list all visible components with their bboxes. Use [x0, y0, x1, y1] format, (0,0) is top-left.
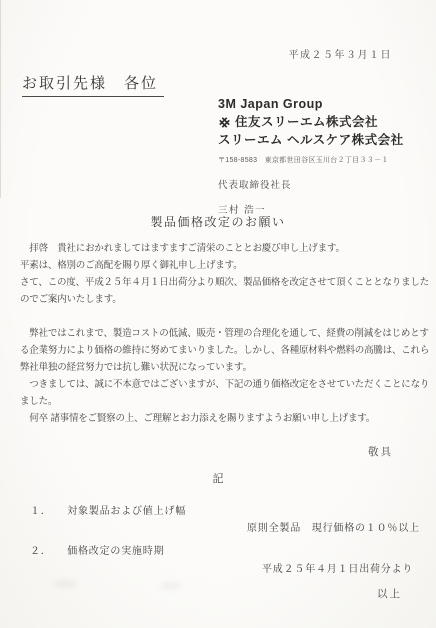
- company-name-1-row: 住友スリーエム株式会社: [218, 113, 404, 131]
- body-line: 弊社ではこれまで、製造コストの低減、販売・管理の合理化を通して、経費の削減をはじ…: [20, 325, 424, 342]
- scanned-letter-page: 平成２５年３月１日 お取引先様 各位 3M Japan Group 住友スリーエ…: [0, 0, 436, 628]
- body-line: さて、この度、平成２５年４月１日出荷分より順次、製品価格を改定させて頂くこととな…: [20, 274, 424, 291]
- scan-smudge: [52, 580, 78, 588]
- item-1-value: 原則全製品 現行価格の１０％以上: [247, 519, 420, 534]
- body-line: る企業努力により価格の維持に努めてまいりました。しかし、各種原材料や燃料の高騰は…: [20, 342, 424, 359]
- subject-title: 製品価格改定のお願い: [0, 213, 436, 230]
- company-name-1: 住友スリーエム株式会社: [235, 113, 378, 131]
- body-line-spacer: [20, 308, 424, 325]
- addressee: お取引先様 各位: [22, 72, 164, 97]
- body-line: つきましては、誠に不本意ではございますが、下記の通り価格改定をさせていただくこと…: [20, 376, 424, 393]
- letter-date: 平成２５年３月１日: [289, 46, 393, 61]
- body-line: 平素は、格別のご高配を賜り厚く御礼申し上げます。: [20, 257, 424, 274]
- item-2-number: ２．: [30, 546, 52, 557]
- item-2-text: 価格改定の実施時期: [67, 546, 164, 557]
- scan-smudge: [160, 582, 182, 589]
- closing-keigu: 敬具: [368, 444, 393, 459]
- item-1-number: １．: [30, 506, 52, 517]
- body-line: のでご案内いたします。: [20, 291, 424, 308]
- president-title: 代表取締役社長: [218, 177, 404, 195]
- body-line: 拝啓 貴社におかれましてはますますご清栄のこととお慶び申し上げます。: [20, 240, 424, 257]
- item-1-label: １． 対象製品および値上げ幅: [30, 502, 186, 517]
- body-line: 何卒 諸事情をご賢察の上、ご理解とお力添えを賜りますようお願い申し上げます。: [20, 410, 424, 427]
- body-line: 弊社単独の経営努力では抗し難い状況になっています。: [20, 359, 424, 376]
- item-2-value: 平成２５年４月１日出荷分より: [262, 560, 413, 575]
- company-address: 〒158-8583 東京都世田谷区玉川台２丁目３３－１: [218, 152, 404, 170]
- scan-fold-artifact: [0, 0, 1, 198]
- sumitomo-igeta-logo-icon: [218, 116, 231, 129]
- letter-body: 拝啓 貴社におかれましてはますますご清栄のこととお慶び申し上げます。 平素は、格…: [20, 240, 424, 427]
- body-line: ました。: [20, 393, 424, 410]
- company-group-name: 3M Japan Group: [218, 95, 404, 113]
- end-marker-ijou: 以上: [377, 586, 402, 601]
- company-name-2: スリーエム ヘルスケア株式会社: [218, 131, 404, 149]
- sender-block: 3M Japan Group 住友スリーエム株式会社 スリーエム ヘルスケア株式…: [218, 95, 404, 220]
- item-2-label: ２． 価格改定の実施時期: [30, 542, 164, 557]
- item-1-text: 対象製品および値上げ幅: [67, 506, 186, 517]
- record-marker-ki: 記: [0, 470, 436, 486]
